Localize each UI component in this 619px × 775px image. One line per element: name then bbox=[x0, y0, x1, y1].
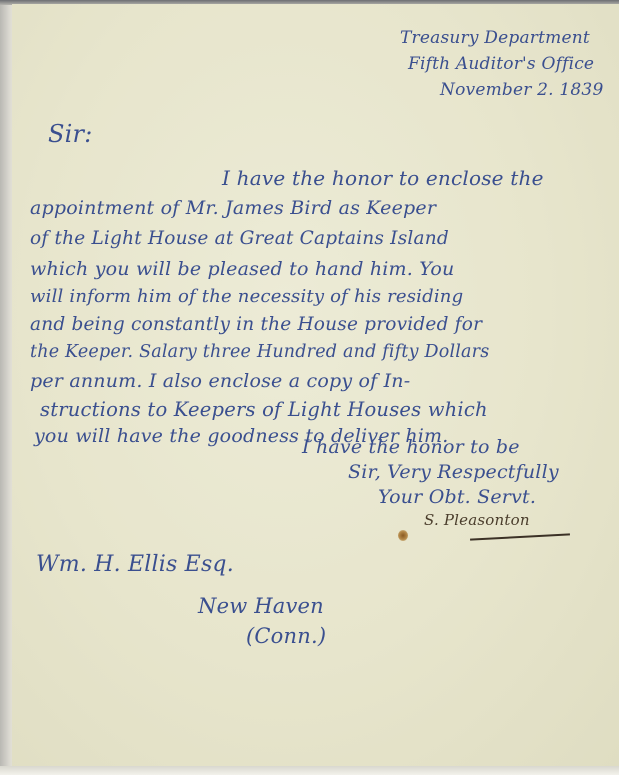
body-line: appointment of Mr. James Bird as Keeper bbox=[30, 197, 436, 219]
closing-line: Your Obt. Servt. bbox=[378, 486, 536, 508]
closing-line: I have the honor to be bbox=[302, 436, 520, 458]
signature: S. Pleasonton bbox=[424, 511, 530, 529]
body-line: I have the honor to enclose the bbox=[222, 166, 544, 190]
body-line: the Keeper. Salary three Hundred and fif… bbox=[30, 342, 489, 362]
header-office: Fifth Auditor's Office bbox=[408, 54, 594, 74]
salutation: Sir: bbox=[48, 120, 92, 148]
body-line: structions to Keepers of Light Houses wh… bbox=[40, 398, 488, 421]
body-line: which you will be pleased to hand him. Y… bbox=[30, 258, 454, 280]
body-line: per annum. I also enclose a copy of In- bbox=[30, 370, 410, 392]
addressee-name: Wm. H. Ellis Esq. bbox=[36, 552, 234, 577]
body-line: of the Light House at Great Captains Isl… bbox=[30, 228, 449, 249]
addressee-state: (Conn.) bbox=[246, 624, 326, 648]
body-line: will inform him of the necessity of his … bbox=[30, 286, 463, 307]
header-date: November 2. 1839 bbox=[440, 80, 603, 100]
closing-line: Sir, Very Respectfully bbox=[348, 461, 559, 483]
scan-edge-bottom bbox=[0, 766, 619, 775]
header-department: Treasury Department bbox=[400, 28, 590, 48]
ink-stain bbox=[398, 530, 408, 541]
addressee-city: New Haven bbox=[198, 594, 324, 618]
body-line: and being constantly in the House provid… bbox=[30, 314, 482, 335]
